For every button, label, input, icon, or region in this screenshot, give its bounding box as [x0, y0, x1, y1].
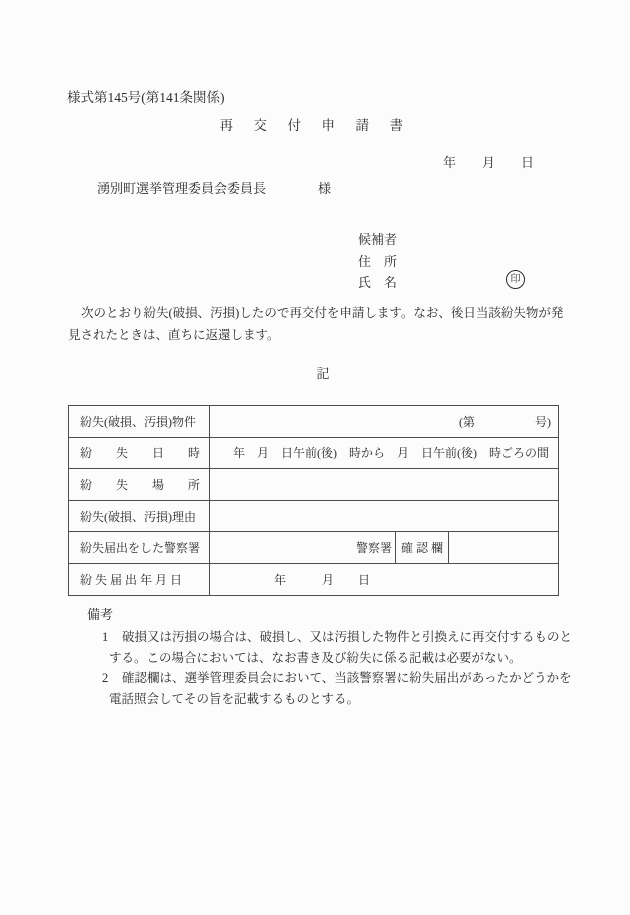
table-row-lost-reason: 紛失(破損、汚損)理由: [69, 500, 559, 532]
remark-item-2: 2 確認欄は、選挙管理委員会において、当該警察署に紛失届出があったかどうかを 電…: [87, 668, 572, 710]
confirmation-value-cell: [449, 532, 559, 564]
date-line: 年 月 日: [443, 152, 534, 171]
remark-1-line-1: 1 破損又は汚損の場合は、破損し、又は汚損した物件と引換えに再交付するものと: [87, 627, 572, 648]
remarks-section: 備考 1 破損又は汚損の場合は、破損し、又は汚損した物件と引換えに再交付するもの…: [87, 605, 572, 710]
table-row-police-report: 紛失届出をした警察署 警察署 確 認 欄: [69, 532, 559, 564]
remark-2-line-1: 2 確認欄は、選挙管理委員会において、当該警察署に紛失届出があったかどうかを: [87, 668, 572, 689]
remark-2-text-1: 確認欄は、選挙管理委員会において、当該警察署に紛失届出があったかどうかを: [122, 671, 572, 685]
addressee-line: 湧別町選挙管理委員会委員長 様: [97, 178, 331, 197]
body-paragraph: 次のとおり紛失(破損、汚損)したので再交付を申請します。なお、後日当該紛失物が発…: [68, 303, 563, 346]
applicant-role-label: 候補者: [358, 229, 397, 251]
table-row-lost-place: 紛 失 場 所: [69, 469, 559, 501]
remark-1-number: 1: [102, 627, 108, 648]
police-station-suffix-cell: 警察署: [210, 532, 396, 564]
remark-2-number: 2: [102, 668, 108, 689]
table-row-lost-datetime: 紛 失 日 時 年 月 日午前(後) 時から 月 日午前(後) 時ごろの間: [69, 437, 559, 469]
page-title: 再 交 付 申 請 書: [68, 114, 558, 134]
row-label-lost-datetime: 紛 失 日 時: [69, 437, 210, 469]
applicant-block: 候補者 住 所 氏 名: [358, 229, 397, 294]
row-label-report-date: 紛 失 届 出 年 月 日: [69, 563, 210, 595]
row-value-report-date: 年 月 日: [210, 563, 559, 595]
remark-item-1: 1 破損又は汚損の場合は、破損し、又は汚損した物件と引換えに再交付するものと す…: [87, 627, 572, 669]
row-value-lost-reason: [210, 500, 559, 532]
remark-1-text-1: 破損又は汚損の場合は、破損し、又は汚損した物件と引換えに再交付するものと: [122, 630, 572, 644]
section-marker: 記: [68, 363, 578, 382]
form-table: 紛失(破損、汚損)物件 (第 号) 紛 失 日 時 年 月 日午前(後) 時から…: [68, 405, 559, 596]
body-line-2: 見されたときは、直ちに返還します。: [68, 325, 563, 347]
row-label-lost-reason: 紛失(破損、汚損)理由: [69, 500, 210, 532]
row-label-police-report: 紛失届出をした警察署: [69, 532, 210, 564]
confirmation-column-label: 確 認 欄: [396, 532, 449, 564]
remark-2-text-2: 電話照会してその旨を記載するものとする。: [87, 689, 572, 710]
remarks-heading: 備考: [87, 605, 572, 626]
table-row-lost-item: 紛失(破損、汚損)物件 (第 号): [69, 406, 559, 438]
reissue-application-form-page: 様式第145号(第141条関係) 再 交 付 申 請 書 年 月 日 湧別町選挙…: [0, 0, 630, 915]
row-label-lost-place: 紛 失 場 所: [69, 469, 210, 501]
remark-1-text-2: する。この場合においては、なお書き及び紛失に係る記載は必要がない。: [87, 648, 572, 669]
row-label-lost-item: 紛失(破損、汚損)物件: [69, 406, 210, 438]
applicant-name-label: 氏 名: [358, 272, 397, 294]
row-value-lost-item: (第 号): [210, 406, 559, 438]
form-number: 様式第145号(第141条関係): [67, 86, 225, 106]
seal-stamp-icon: 印: [506, 270, 525, 289]
table-row-report-date: 紛 失 届 出 年 月 日 年 月 日: [69, 563, 559, 595]
applicant-address-label: 住 所: [358, 251, 397, 273]
body-line-1: 次のとおり紛失(破損、汚損)したので再交付を申請します。なお、後日当該紛失物が発: [68, 303, 563, 325]
row-value-lost-datetime: 年 月 日午前(後) 時から 月 日午前(後) 時ごろの間: [210, 437, 559, 469]
row-value-lost-place: [210, 469, 559, 501]
